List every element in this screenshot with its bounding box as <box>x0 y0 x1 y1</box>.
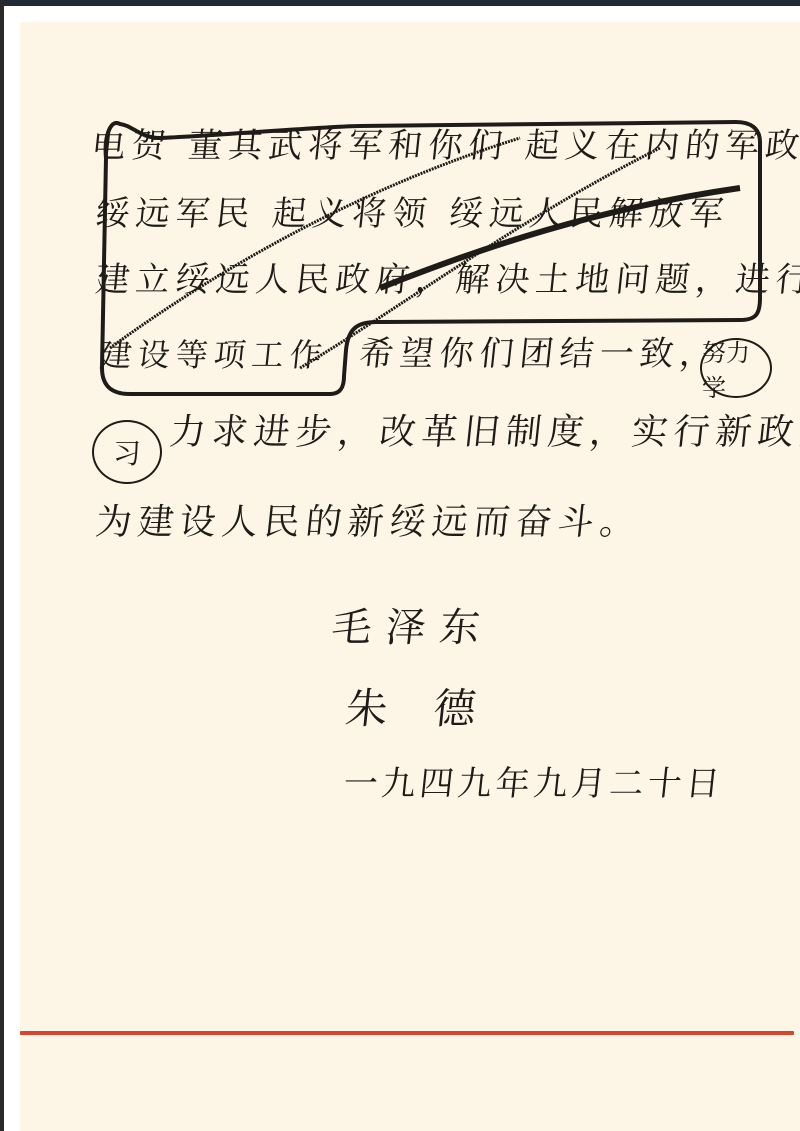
circled-insertion-1: 努力学 <box>700 338 772 398</box>
crossed-line-4: 建设等项工作 <box>98 330 331 376</box>
crossed-line-1: 电贺 董其武将军和你们 起义在内的军政委员会 <box>89 118 800 167</box>
date-line: 一九四九年九月二十日 <box>341 756 726 805</box>
crossed-line-3: 建立绥远人民政府，解决土地问题，进行经济 <box>93 252 800 301</box>
body-line-4-continued: 希望你们团结一致， <box>357 326 722 375</box>
body-line-6: 为建设人民的新绥远而奋斗。 <box>93 494 644 545</box>
red-horizontal-rule <box>20 1031 794 1035</box>
signature-zhu-de: 朱德 <box>343 676 525 736</box>
circled-insertion-2: 习 <box>92 420 162 484</box>
signature-mao-zedong: 毛泽东 <box>329 596 497 653</box>
body-line-5: 力求进步，改革旧制度，实行新政策， <box>167 404 800 455</box>
crossed-line-2: 绥远军民 起义将领 绥远人民解放军 <box>93 186 732 235</box>
